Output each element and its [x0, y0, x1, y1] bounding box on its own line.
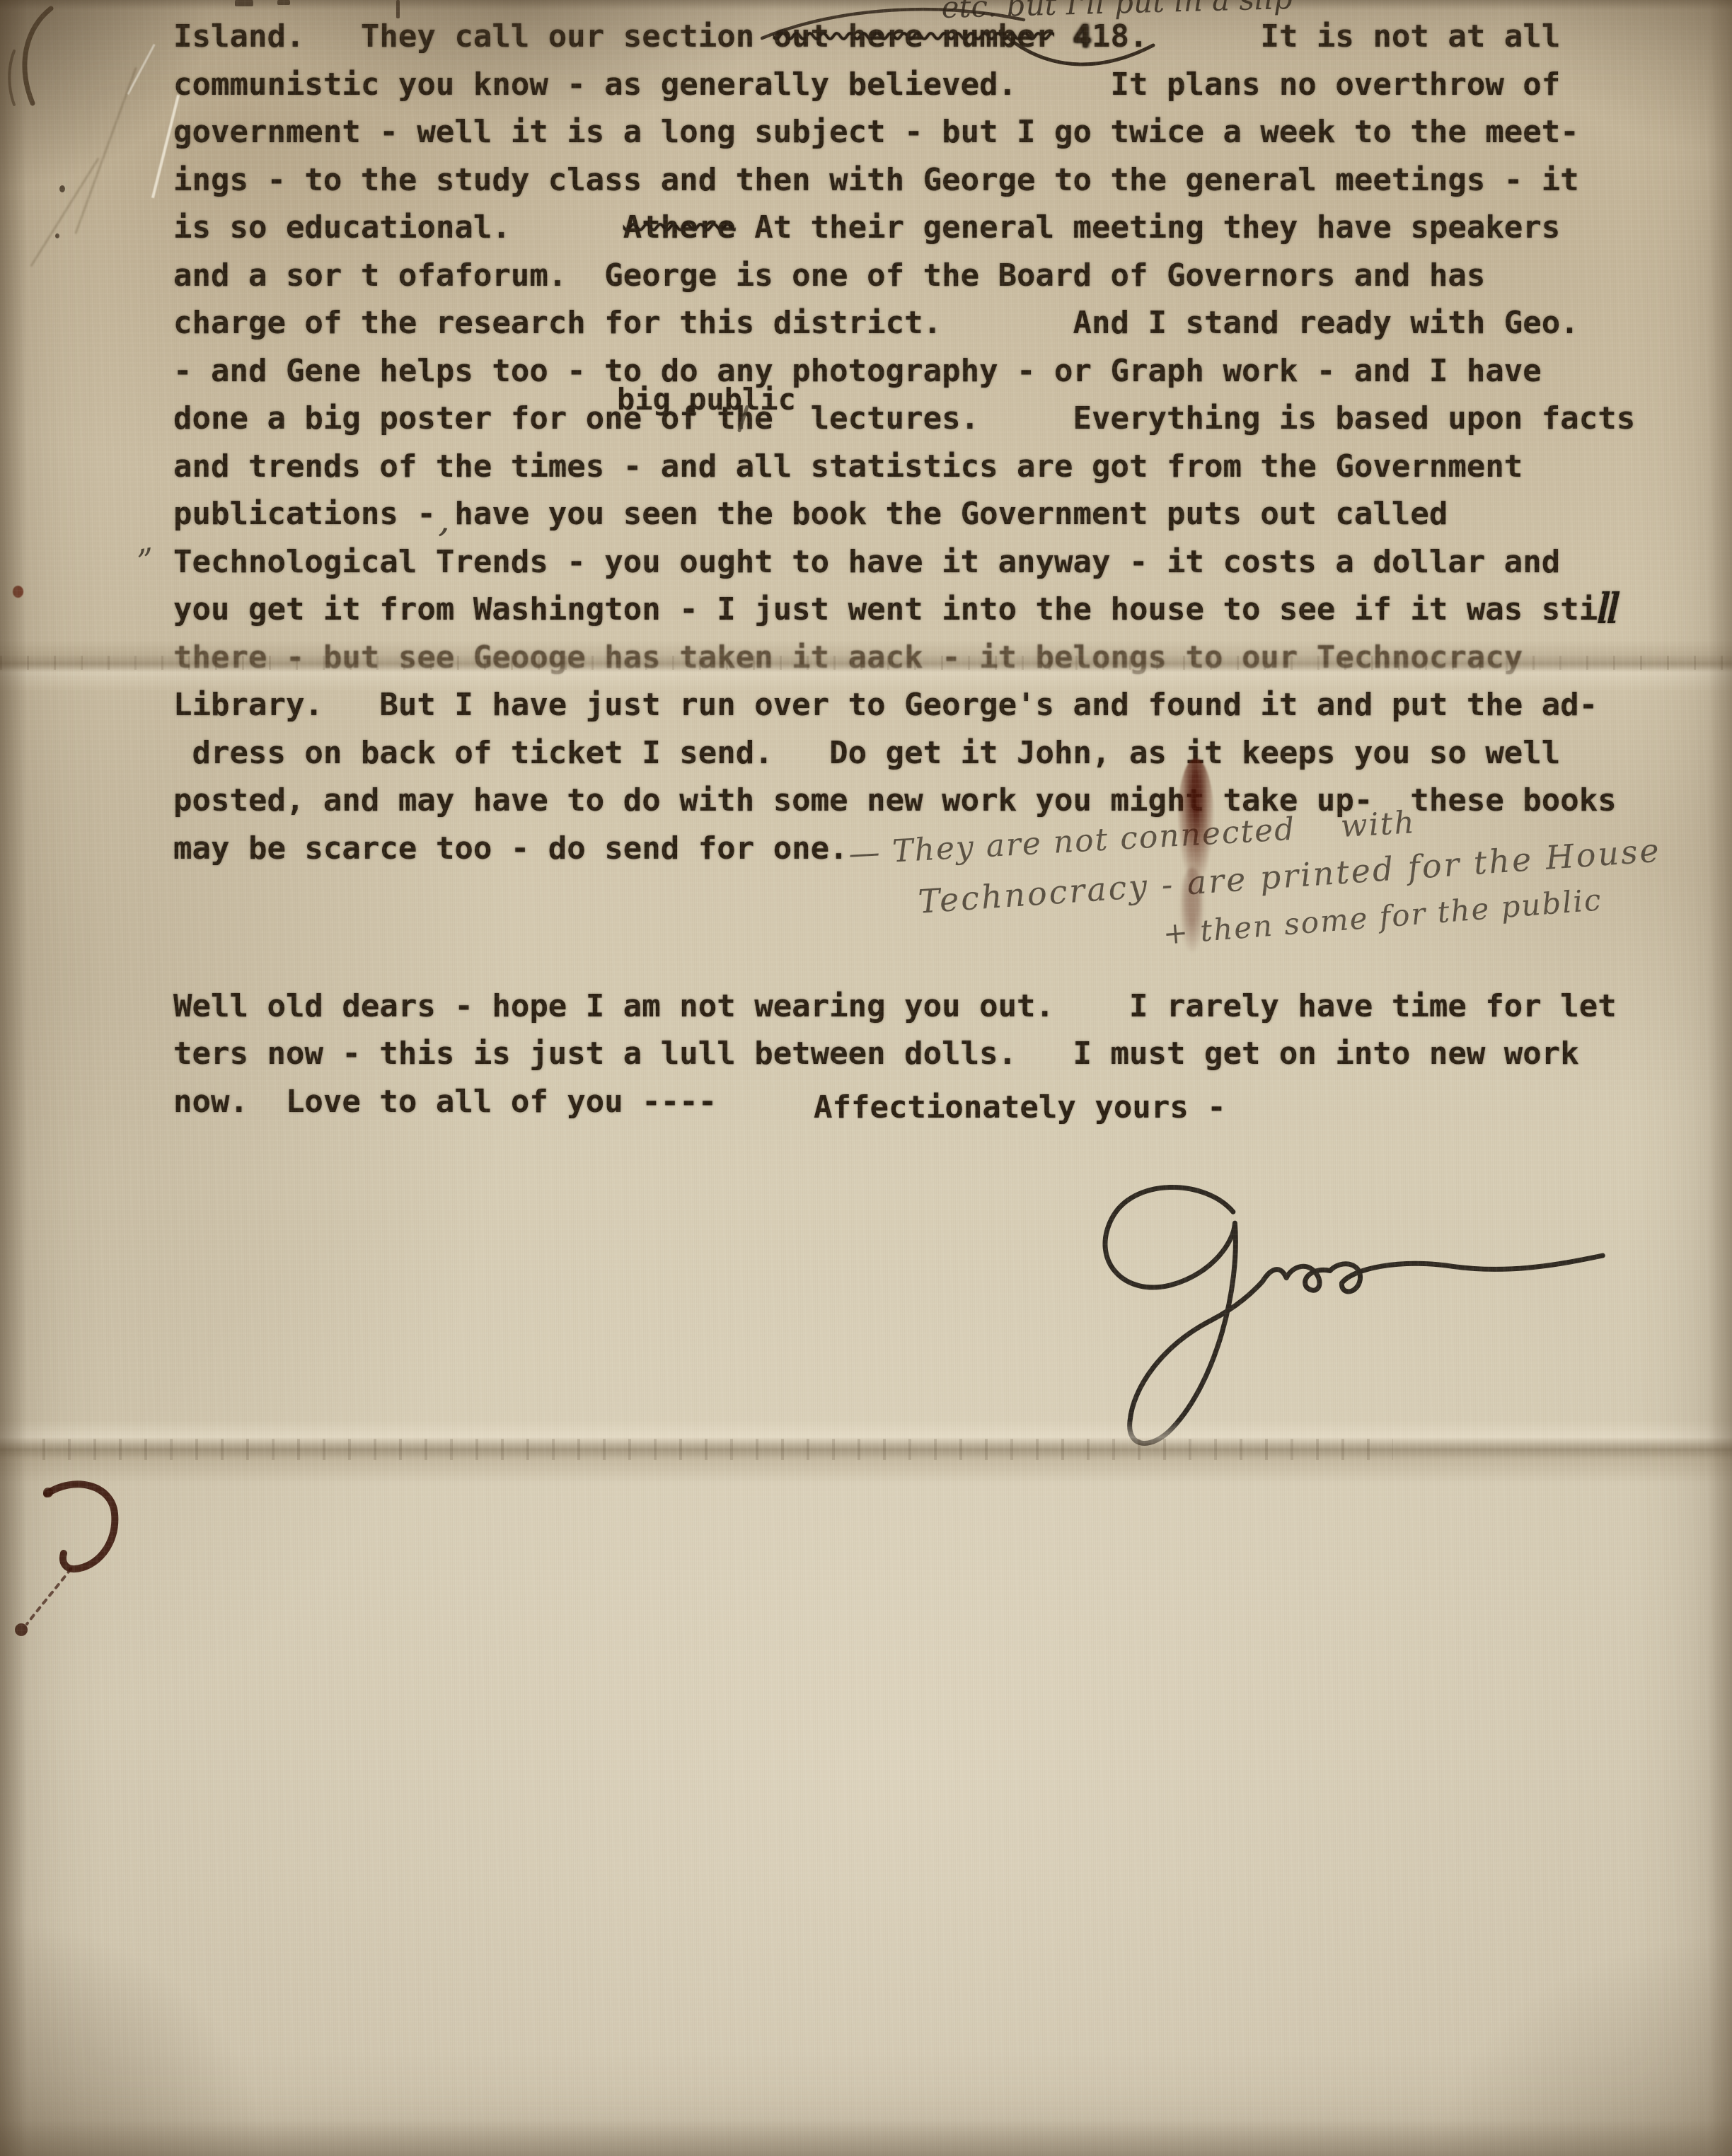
typed-line: done a big poster for one of the lecture… — [173, 395, 1635, 443]
typed-line: posted, and may have to do with some new… — [173, 777, 1635, 825]
typed-line: dress on back of ticket I send. Do get i… — [173, 729, 1635, 777]
typed-line: communistic you know - as generally beli… — [173, 61, 1635, 109]
corner-scratch-marks — [1, 4, 86, 117]
red-ink-dot — [13, 586, 23, 598]
ink-strike-tail — [996, 20, 1159, 91]
handwritten-quote-mark: „ — [132, 521, 155, 561]
paper-scratch — [127, 44, 155, 95]
typed-body: Island. They call our section out here n… — [173, 13, 1635, 1125]
typed-line: ters now - this is just a lull between d… — [173, 1030, 1635, 1078]
typed-line: Well old dears - hope I am not wearing y… — [173, 983, 1635, 1031]
cut-off-line-fragment — [396, 0, 400, 18]
typed-line: Library. But I have just run over to Geo… — [173, 681, 1635, 729]
ink-arc-over-strikeout — [761, 1, 1029, 51]
cut-off-line-fragment — [277, 0, 290, 5]
letter-page: Island. They call our section out here n… — [0, 0, 1732, 2156]
typed-line: you get it from Washington - I just went… — [173, 586, 1635, 634]
paper-wrinkle — [30, 158, 100, 267]
typed-line: charge of the research for this district… — [173, 299, 1635, 347]
ink-stain — [1177, 758, 1214, 884]
signature — [901, 1155, 1618, 1477]
ink-hook-mark — [6, 1473, 133, 1650]
ink-speck — [55, 233, 59, 238]
cut-off-line-fragment — [235, 0, 253, 6]
typed-line: ings - to the study class and then with … — [173, 156, 1635, 204]
typed-line: - and Gene helps too - to do any photogr… — [173, 347, 1635, 395]
ink-stain-drip — [1180, 867, 1204, 952]
typed-line: is so educational. Athere At their gener… — [173, 204, 1635, 252]
typed-line: and a sor t ofaforum. George is one of t… — [173, 252, 1635, 300]
closing-line: Affectionately yours - — [814, 1089, 1226, 1125]
typed-line: there - but see Geooge has taken it aack… — [173, 634, 1635, 682]
ink-speck — [59, 185, 65, 192]
typed-line: Technological Trends - you ought to have… — [173, 538, 1635, 586]
typed-line: government - well it is a long subject -… — [173, 108, 1635, 156]
typed-insertion-big-public: big public — [617, 382, 796, 417]
typed-line: and trends of the times - and all statis… — [173, 443, 1635, 491]
typed-line: publications - have you seen the book th… — [173, 490, 1635, 538]
